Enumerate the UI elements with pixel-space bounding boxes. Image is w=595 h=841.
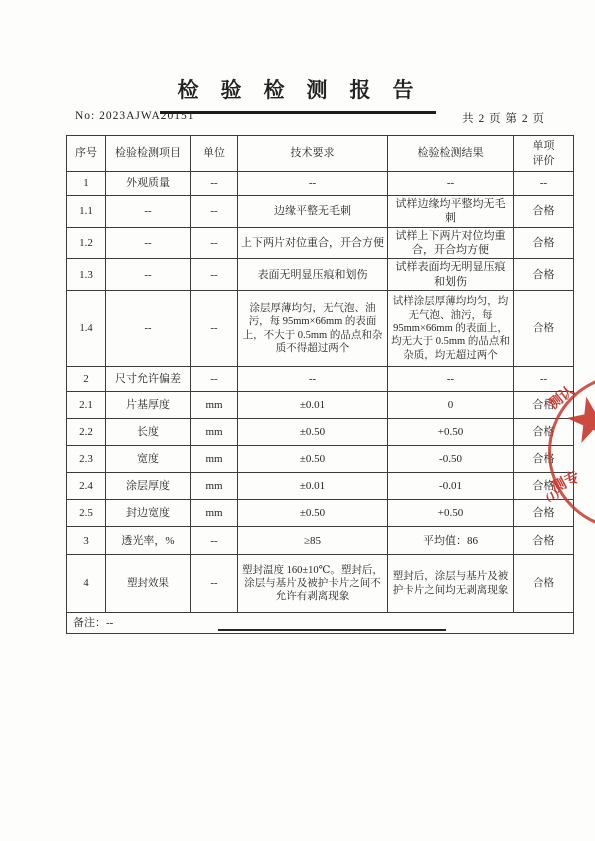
certification-stamp: 测认 ★ 测专 (1) [545,371,595,533]
cell-no: 1 [67,172,106,196]
cell-req: -- [238,172,388,196]
header-unit: 单位 [191,136,238,172]
header-no: 序号 [67,136,106,172]
cell-result: 试样边缘均平整均无毛刺 [388,196,514,228]
cell-result: 平均值：86 [388,527,514,555]
cell-no: 2.4 [67,473,106,500]
cell-result: 试样表面均无明显压痕和划伤 [388,259,514,291]
cell-item: 宽度 [106,446,191,473]
cell-item: 透光率，% [106,527,191,555]
cell-result: 塑封后，涂层与基片及被护卡片之间均无剥离现象 [388,555,514,613]
header-result: 检验检测结果 [388,136,514,172]
cell-item: 尺寸允许偏差 [106,367,191,392]
cell-eval: 合格 [514,291,574,367]
cell-item: -- [106,196,191,228]
cell-no: 1.3 [67,259,106,291]
cell-req: 表面无明显压痕和划伤 [238,259,388,291]
cell-no: 1.1 [67,196,106,228]
cell-no: 2.2 [67,419,106,446]
cell-eval: 合格 [514,227,574,259]
cell-result: -- [388,367,514,392]
cell-req: -- [238,367,388,392]
cell-result: 试样涂层厚薄均均匀，均无气泡、油污，每 95mm×66mm 的表面上，均无大于 … [388,291,514,367]
cell-item: 外观质量 [106,172,191,196]
cell-no: 2 [67,367,106,392]
cell-result: -0.01 [388,473,514,500]
cell-result: -0.50 [388,446,514,473]
header-req: 技术要求 [238,136,388,172]
table-row: 1.2 -- -- 上下两片对位重合，开合方便 试样上下两片对位均重合，开合均方… [67,227,574,259]
cell-unit: -- [191,527,238,555]
header-eval: 单项评价 [514,136,574,172]
cell-unit: -- [191,367,238,392]
table-header: 序号 检验检测项目 单位 技术要求 检验检测结果 单项评价 [67,136,574,172]
cell-req: ±0.50 [238,500,388,527]
cell-req: ≥85 [238,527,388,555]
cell-unit: mm [191,473,238,500]
cell-no: 4 [67,555,106,613]
cell-no: 2.3 [67,446,106,473]
cell-no: 2.5 [67,500,106,527]
header-eval-label: 单项评价 [531,139,557,169]
cell-item: 长度 [106,419,191,446]
table-row: 1 外观质量 -- -- -- -- [67,172,574,196]
table-row: 2.4 涂层厚度 mm ±0.01 -0.01 合格 [67,473,574,500]
footer-separator-line [218,629,446,631]
cell-unit: -- [191,291,238,367]
page-info: 共 2 页 第 2 页 [462,110,545,126]
cell-unit: -- [191,227,238,259]
table-row: 2.1 片基厚度 mm ±0.01 0 合格 [67,392,574,419]
table-row: 1.4 -- -- 涂层厚薄均匀，无气泡、油污，每 95mm×66mm 的表面上… [67,291,574,367]
meta-row: No: 2023AJWA20151 共 2 页 第 2 页 [75,110,545,126]
cell-no: 2.1 [67,392,106,419]
page-title: 检验检测报告 [160,74,436,114]
cell-unit: -- [191,555,238,613]
table-row: 2.5 封边宽度 mm ±0.50 +0.50 合格 [67,500,574,527]
cell-req: 涂层厚薄均匀，无气泡、油污，每 95mm×66mm 的表面上，不大于 0.5mm… [238,291,388,367]
cell-result: +0.50 [388,500,514,527]
cell-no: 3 [67,527,106,555]
inspection-table: 序号 检验检测项目 单位 技术要求 检验检测结果 单项评价 1 外观质量 -- … [66,135,574,634]
cell-unit: mm [191,419,238,446]
cell-result: -- [388,172,514,196]
table-row: 2.3 宽度 mm ±0.50 -0.50 合格 [67,446,574,473]
report-page: 检验检测报告 No: 2023AJWA20151 共 2 页 第 2 页 序号 … [0,0,595,841]
cell-item: 片基厚度 [106,392,191,419]
cell-unit: -- [191,259,238,291]
table-row: 4 塑封效果 -- 塑封温度 160±10℃。塑封后，涂层与基片及被护卡片之间不… [67,555,574,613]
cell-eval: 合格 [514,196,574,228]
title-block: 检验检测报告 [0,74,595,114]
cell-unit: mm [191,500,238,527]
cell-eval: 合格 [514,259,574,291]
cell-eval: 合格 [514,555,574,613]
cell-no: 1.2 [67,227,106,259]
cell-req: 塑封温度 160±10℃。塑封后，涂层与基片及被护卡片之间不允许有剥离现象 [238,555,388,613]
cell-eval: -- [514,172,574,196]
cell-req: ±0.01 [238,392,388,419]
table-row: 3 透光率，% -- ≥85 平均值：86 合格 [67,527,574,555]
cell-item: 塑封效果 [106,555,191,613]
table-row: 2.2 长度 mm ±0.50 +0.50 合格 [67,419,574,446]
cell-unit: -- [191,172,238,196]
table-row: 1.1 -- -- 边缘平整无毛刺 试样边缘均平整均无毛刺 合格 [67,196,574,228]
table-body: 1 外观质量 -- -- -- -- 1.1 -- -- 边缘平整无毛刺 试样边… [67,172,574,613]
table-row: 1.3 -- -- 表面无明显压痕和划伤 试样表面均无明显压痕和划伤 合格 [67,259,574,291]
cell-unit: mm [191,446,238,473]
cell-result: 试样上下两片对位均重合，开合均方便 [388,227,514,259]
cell-req: ±0.01 [238,473,388,500]
cell-item: -- [106,227,191,259]
cell-item: -- [106,259,191,291]
cell-item: 封边宽度 [106,500,191,527]
cell-result: 0 [388,392,514,419]
cell-unit: mm [191,392,238,419]
cell-unit: -- [191,196,238,228]
cell-item: -- [106,291,191,367]
cell-item: 涂层厚度 [106,473,191,500]
cell-req: 上下两片对位重合，开合方便 [238,227,388,259]
cell-req: 边缘平整无毛刺 [238,196,388,228]
cell-req: ±0.50 [238,419,388,446]
cell-req: ±0.50 [238,446,388,473]
cell-no: 1.4 [67,291,106,367]
table-row: 2 尺寸允许偏差 -- -- -- -- [67,367,574,392]
report-number: No: 2023AJWA20151 [75,110,195,126]
header-item: 检验检测项目 [106,136,191,172]
cell-result: +0.50 [388,419,514,446]
